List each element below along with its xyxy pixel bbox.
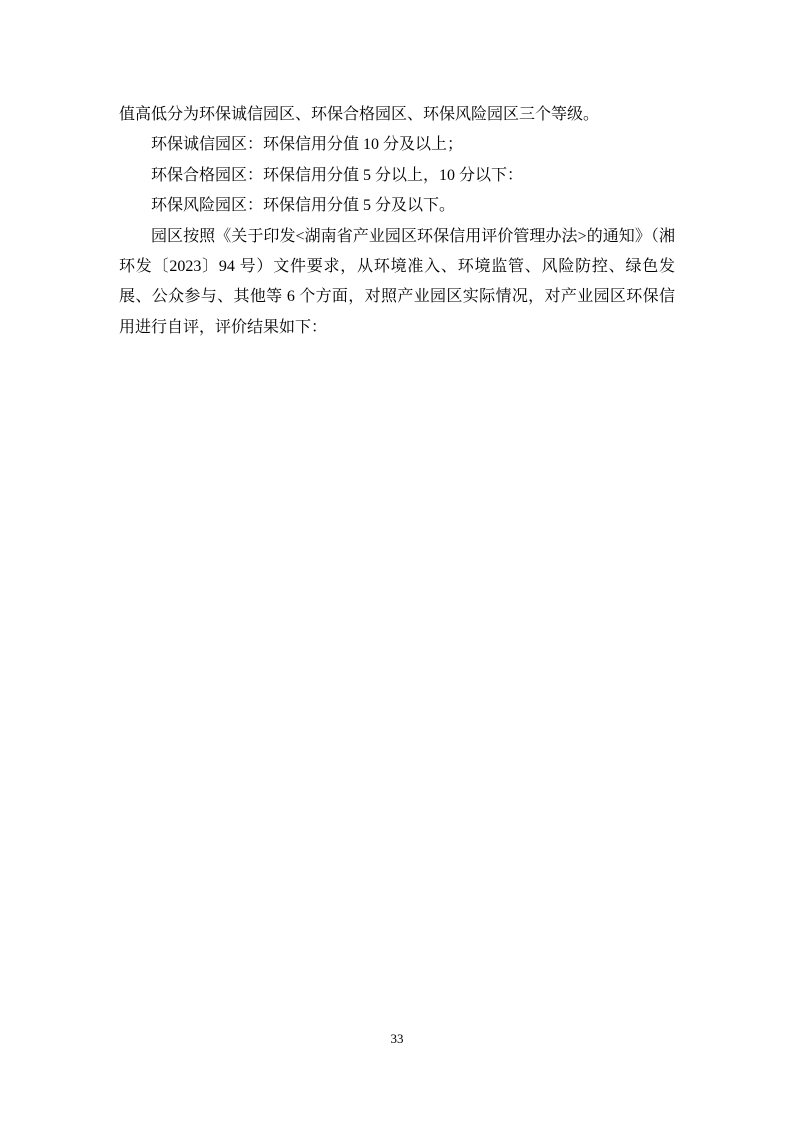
page-number: 33 (391, 1031, 404, 1046)
page-footer: 33 (119, 1031, 675, 1047)
body-paragraph: 环保诚信园区：环保信用分值 10 分及以上； (119, 130, 675, 160)
document-page: 值高低分为环保诚信园区、环保合格园区、环保风险园区三个等级。 环保诚信园区：环保… (0, 0, 793, 1122)
body-paragraph: 值高低分为环保诚信园区、环保合格园区、环保风险园区三个等级。 (119, 100, 675, 130)
document-body: 值高低分为环保诚信园区、环保合格园区、环保风险园区三个等级。 环保诚信园区：环保… (119, 100, 675, 343)
body-paragraph: 园区按照《关于印发<湖南省产业园区环保信用评价管理办法>的通知》（湘环发〔202… (119, 222, 675, 344)
body-paragraph: 环保风险园区：环保信用分值 5 分及以下。 (119, 191, 675, 221)
body-paragraph: 环保合格园区：环保信用分值 5 分以上，10 分以下： (119, 161, 675, 191)
